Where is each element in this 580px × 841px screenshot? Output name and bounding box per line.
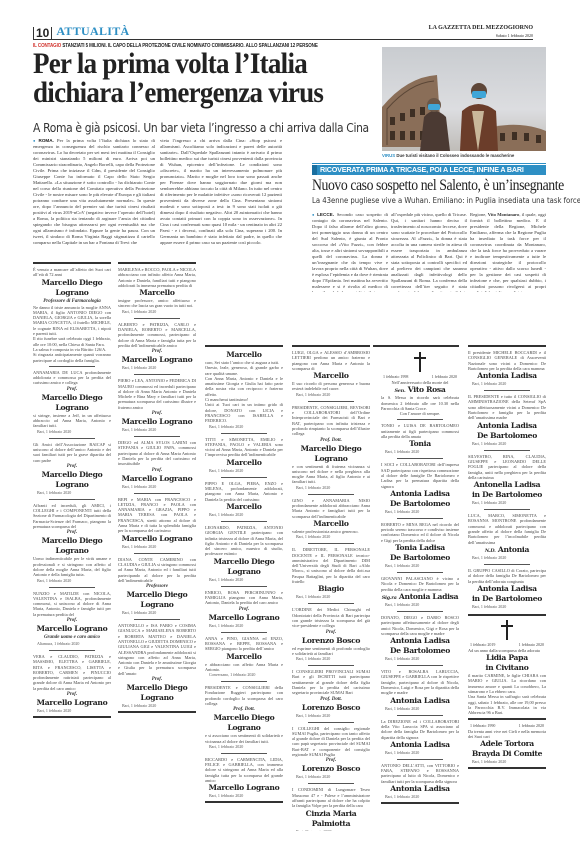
article-text: vieta l’ingresso a chi arriva dalla Cina… [160,138,282,245]
notice-date: Bari, 1 febbraio 2020 [468,555,546,561]
notice-text: il marito CARMINE, le figlie CHIARA con … [468,673,546,694]
notice-text: DIEGO ed ALMA SYLOS LABINI con STEFANIA … [118,440,196,466]
deceased-surname: Lograno [118,693,196,703]
obituary-notice: Affranti ed increduli, gli AMICI, i COLL… [33,503,111,584]
notice-text: Uniti ai Tuoi cari in un intimo grido di… [205,402,283,423]
notice-date: Bari, 1 febbraio 2020 [381,706,459,712]
deceased-title: Prof. Dott. [292,437,370,444]
headline-line-1: Per la prima volta l’Italia [33,49,344,78]
deceased-name: Marcello [118,288,196,298]
notice-date: Bari, 1 febbraio 2020 [118,484,196,490]
notice-text: IL GRUPPO CASILLO di Corato, partecipa a… [468,568,546,584]
notice-text: TONIO e LUISA DE BARTOLOMEO unitamente a… [381,423,459,439]
deceased-name: Marcello [292,371,370,381]
notice-date: Bari, 1 febbraio 2020 [118,610,196,616]
divider [397,458,444,459]
obituary-notice: LEONARDO, PATRIZIA, ANTONIO GIORGIA GENT… [205,525,283,583]
deceased-name: Tonia [381,439,459,449]
notice-text: I SOCI e COLLABORATORI dell’impresa SAD … [381,462,459,488]
deceased-name: Antonia Ladisa [468,421,546,431]
deceased-surname: in De Bartolomeo [468,594,546,604]
obituaries-col-6: Il presidente MICHELE BOCCARDI e il CONS… [468,345,546,831]
divider [134,553,181,554]
deceased-title: Prof. [292,629,370,636]
obituary-notice: L’ORDINE dei Medici Chirurghi ed Odontoi… [292,607,370,662]
notice-text: e con sentimenti di fraterna vicinanza s… [292,464,370,485]
photo-caption: VIRUS Due turisti visitano il Colosseo i… [382,153,514,158]
notice-text: ANTONIO DELL’ATTI, con VITTORIO e FARA, … [381,763,459,784]
deceased-name: Lorenzo Bosco [292,636,370,646]
notice-text: e abbracciano con affetto Anna Maria e A… [205,662,283,673]
deceased-name: Marcello [205,652,283,662]
notice-date: Bari, 1 febbraio 2020 [205,424,283,430]
deceased-surname: De Bartolomeo [468,431,546,441]
notice-date: Bari, 1 febbraio 2020 [381,750,459,756]
notice-text: Da trenta anni vive nei Cieli e nella me… [468,729,546,740]
divider [221,586,268,587]
obituaries-col-2: MARILENA e ROCCO, PAOLA e NICOLA abbracc… [118,262,196,831]
notice-date: Bari, 1 febbraio 2020 [205,793,283,799]
notice-date: Bari, 1 febbraio 2020 [118,703,196,709]
issue-date: Sabato 1 febbraio 2020 [429,32,533,39]
notice-text: DIANA CONTE CAMERINO con CLAUDIA e GIULI… [118,557,196,583]
second-story-subhead: La 43enne pugliese vive a Wuhan. Emilian… [312,196,580,205]
divider [484,509,531,510]
deceased-name: Marcello Lograno [205,613,283,623]
obituary-notice: SILVESTRO, RINA, CLAUDIA, GIUSEPPE e LEO… [468,454,546,506]
notice-text: Affranti ed increduli, gli AMICI, i COLL… [33,503,111,529]
obituary-notice: TONIO e LUISA DE BARTOLOMEO unitamente a… [381,423,459,455]
notice-date: Bari, 1 febbraio 2020 [292,392,370,398]
notice-date: Bari, 1 febbraio 2020 [292,774,370,780]
obituary-notice: IL PRESIDENTE e tutto il CONSIGLIO di AM… [468,394,546,446]
colosseum-photo [382,47,546,151]
notice-text: ANTONELLO e ISA FABIO e COSIMA GIANLUCA … [118,623,196,676]
deceased-name: Antonia Ladisa [381,636,459,646]
obituary-notice: Gli Amici dell’Associazione BAICAP si un… [33,442,111,496]
notice-date: Bari, 1 febbraio 2020 [118,365,196,371]
notice-text: TITTI e SIMONETTA, EMILIO e STEFANIA, PA… [205,437,283,458]
newspaper-name: LA GAZZETTA DEL MEZZOGIORNO [429,25,533,31]
divider [221,521,268,522]
notice-text: PRESIDENTE e CONSIGLIERI della Fondazion… [205,685,283,706]
notice-text: Ne danno il triste annuncio la moglie AN… [33,305,111,337]
photo-illustration [382,47,546,151]
main-subhead: A Roma è già psicosi. Un bar vieta l’ing… [33,120,369,135]
deceased-title: Prof. [292,757,370,764]
caption-tag: VIRUS [382,153,395,158]
notice-date: Altamura, 1 febbraio 2020 [33,641,111,647]
notice-date: Bari, 1 febbraio 2020 [381,563,459,569]
obituary-notice: DONATO, DIEGO e DARIO ROSCO partecipano … [381,615,459,662]
divider [134,436,181,437]
deceased-epithet: Grande uomo e caro amico [33,634,111,641]
deceased-name: Lorenzo Bosco [292,703,370,713]
deceased-surname: De Bartolomeo [381,499,459,509]
notice-date: Conversano, 1 febbraio 2020 [205,672,283,678]
notice-date: Bari, 1 febbraio 2020 [381,509,459,515]
notice-text: insigne professore, amico affettuoso e s… [118,298,196,309]
notice-text: ANNA e PINO, GIANNA ed ENZO, ROSSANA e B… [205,636,283,652]
cross-icon [501,620,513,640]
obituary-notice: LUIGI, OLGA e ALESSIO d’AMBROSIO LETTIER… [292,350,370,398]
obituary-notice: LUCA, MARCO, SIMONETTA e ROSANNA MONTRON… [468,513,546,561]
page-number: 10 [33,27,52,39]
article-text: , il quale, oggi fornirà il bollettino m… [470,212,546,292]
divider [221,681,268,682]
deceased-surname: in De Bartolomeo [468,490,546,500]
notice-date: Bari, 1 febbraio 2020 [292,713,370,719]
deceased-title: N.D. [485,548,496,554]
obituary-notice: ANNA e PINO, GIANNA ed ENZO, ROSSANA e B… [205,636,283,678]
obituaries-col-1: È venuto a mancare all’affetto dei Suoi … [33,262,111,831]
dateline: ROMA. [33,138,54,143]
notice-text: ROBERTO e MINA BEGA nel ricordo del peri… [381,522,459,543]
deceased-title: Prof. [33,691,111,698]
anniversary-notice: 1 febbraio 19901 febbraio 2020 Da trenta… [468,723,546,770]
deceased-name: Marcello Lograno [118,355,196,365]
notice-date: Bari, 1 febbraio 2020 [205,623,283,629]
notice-date: Bari, 1 febbraio 2020 [292,656,370,662]
notice-text: ANNAMARIA DE LUCA profondamente addolora… [33,370,111,386]
notice-text: RICCARDO e CARMENCITA, LIDIA, FELICE e G… [205,757,283,783]
divider [49,438,96,439]
deceased-name: Lidia Papa [468,653,546,663]
obituary-notice: I CONDOMINI di Lungomare Teseo Mussomo 4… [292,787,370,831]
notice-text: ALBERTO e PATRIZIA, CARLO e DANIELA, ROB… [118,322,196,348]
article-text: Secondo caso sospetto di contagio da cor… [312,212,388,292]
deceased-name: Marcello Lograno [118,534,196,544]
obituary-notice: I CONSIGLIERI PROVINCIALI SUMAI Bari e g… [292,669,370,718]
notice-text: BEPI e MARIA con FRANCESCO e LETIZIA, FR… [118,497,196,534]
deceased-title: Prof. [33,617,111,624]
notice-text: MARILENA e ROCCO, PAOLA e NICOLA abbracc… [118,267,196,288]
cross-notice-rule [373,345,453,347]
caption-text: Due turisti visitano il Colosseo indossa… [396,153,514,158]
divider [397,611,444,612]
notice-text: GINO e ANNAMARIA NISIO profondamente add… [292,498,370,519]
notice-date: Bari, 1 febbraio 2020 [205,577,283,583]
divider [221,632,268,633]
notice-date: Bari, 1 febbraio 2020 [468,441,546,447]
anniversary-notice: 1 febbraio 20191 febbraio 2020 Ad un ann… [468,620,546,720]
notice-date: Bari, 1 febbraio 2020 [33,708,111,714]
divider [49,366,96,367]
dateline: LECCE. [312,212,334,217]
notice-date: Bari, 1 febbraio 2020 [205,512,283,518]
deceased-name: Antonella Ladisa [468,480,546,490]
deceased-surname: in Civitano [468,663,546,673]
obituary-notice: GINO e ANNAMARIA NISIO profondamente add… [292,498,370,540]
notice-text: VITO e ROSALBA LARUCCIA, GIUSEPPE e GABR… [381,669,459,695]
divider [308,401,355,402]
notice-date: Bari, 1 febbraio 2020 [468,759,546,765]
deceased-name: Marcello Diego Lograno [292,444,370,464]
divider [221,433,268,434]
notice-text: si stringe, insieme a Jeff, in un affett… [33,413,111,429]
deceased-title: Prof. Dott. [205,706,283,713]
divider [221,477,268,478]
divider [397,572,444,573]
divider [308,494,355,495]
main-headline: Per la prima volta l’Italia dichiara l’e… [33,49,344,107]
notice-text: IL PRESIDENTE e tutto il CONSIGLIO di AM… [468,394,546,420]
obituary-notice: ANNAMARIA DE LUCA profondamente addolora… [33,370,111,435]
divider [484,390,531,391]
deceased-name: Tonia Ladisa [381,543,459,553]
notice-date: Bari, 1 febbraio 2020 [292,594,370,600]
obituary-notice: ANTONELLO e ISA FABIO e COSIMA GIANLUCA … [118,623,196,713]
deceased-title: Prof. Dott. [292,696,370,703]
notice-text: Si ringrazia anticipatamente quanti vorr… [33,352,111,363]
divider [484,564,531,565]
main-story-col-2: vieta l’ingresso a chi arriva dalla Cina… [160,138,282,256]
deceased-name: Antonia [498,545,529,554]
second-story-col-2: all’ospedale più vicino, quello di Trica… [391,212,467,292]
notice-text: Uomo indimenticabile per le virtù umane … [33,556,111,577]
notice-date: Bari, 1 febbraio 2020 [33,578,111,584]
date-end: 1 febbraio 2020 [519,642,544,648]
deceased-name: Marcello Diego [118,590,196,600]
notice-date: Bari, 1 febbraio 2020 [381,602,459,608]
deceased-title: Professore [118,583,196,590]
deceased-name: Marcello Diego Lograno [205,713,283,733]
deceased-name: Marcello Diego Lograno [33,278,111,298]
deceased-name: Marcello Diego Lograno [33,393,111,413]
notice-text: I CONSIGLIERI PROVINCIALI SUMAI Bari e g… [292,669,370,695]
obituary-notice: ANTONIO DELL’ATTI, con VITTORIO e FARA, … [381,763,459,804]
deceased-name: Marcello Diego Lograno [33,536,111,556]
notice-text: la S. Messa in ricordo sarà celebrata do… [381,395,459,411]
date-start: 1 febbraio 1990 [470,723,495,729]
notice-date: Bari, 1 febbraio 2020 [381,656,459,662]
divider [134,619,181,620]
notice-text: Il rito funebre sarà celebrato oggi 1 fe… [33,336,111,347]
obituary-notice: Il presidente MICHELE BOCCARDI e il CONS… [468,350,546,387]
notice-text: SILVESTRO, RINA, CLAUDIA, GIUSEPPE e LEO… [468,454,546,480]
divider [397,518,444,519]
notice-date: Bari, 31 gennaio 2020 [292,829,370,831]
page-header: 10 ATTUALITÀ LA GAZZETTA DEL MEZZOGIORNO… [33,24,533,40]
second-story-col-1: LECCE. Secondo caso sospetto di contagio… [312,212,388,292]
deceased-title: Professore di Farmacologia [33,298,111,305]
second-story-banner: RICOVERATA PRIMA A TRICASE, POI A LECCE,… [312,165,546,175]
notice-text: Onesto, leale, generoso, di grande garbo… [205,365,283,376]
obituary-notice: La DIREZIONE ed i COLLABORATORI della Vi… [381,719,459,756]
notice-text: Con l’amore di sempre. [381,411,459,416]
deceased-name: Marcello Diego [118,683,196,693]
deceased-name: Antonia Ladisa [381,784,459,794]
notice-text: I CONDOMINI di Lungomare Teseo Mussomo 4… [292,787,370,808]
obituary-notice: DIANA CONTE CAMERINO con CLAUDIA e GIULI… [118,557,196,616]
deceased-name: Antonia Ladisa [468,371,546,381]
divider [134,493,181,494]
anniversary-notice: 1 febbraio 19981 febbraio 2020 Nell’anni… [381,352,459,416]
notice-date: Bari, 1 febbraio 2020 [381,449,459,455]
notice-text: Il suo ricordo di persona generosa e buo… [292,381,370,392]
article-text: Per la prima volta l’Italia dichiara lo … [33,138,155,245]
section-title: ATTUALITÀ [56,24,129,39]
deceased-name: Marcello Diego Lograno [33,470,111,490]
deceased-surname: Lograno [118,600,196,610]
notice-text: NUNZIO e MATILDE con NICOLA, VALENTINA e… [33,591,111,617]
banner-rule [312,163,546,164]
notice-text: La DIREZIONE ed i COLLABORATORI della Vi… [381,719,459,740]
obituary-notice: TITTI e SIMONETTA, EMILIO e STEFANIA, PA… [205,437,283,474]
divider [134,318,181,319]
notice-date: Bari, 1 febbraio 2020 [205,744,283,750]
deceased-name: Marcello Lograno [205,783,283,793]
obituary-notice: PRESIDENTE e CONSIGLIERI della Fondazion… [205,685,283,750]
deceased-name: Marcello Lograno [118,474,196,484]
divider [308,665,355,666]
deceased-name: Marcello Lograno [118,417,196,427]
notice-text: PIPPO E OLGA, PIERA, ENZO e MILENA, prof… [205,481,283,502]
deceased-title: Prof. [118,467,196,474]
deceased-title: Prof. [118,410,196,417]
deceased-name: Marcello [205,458,283,468]
divider [397,665,444,666]
deceased-title: Prof. [118,348,196,355]
divider [308,783,355,784]
notice-text: Una Santa Messa in suffragio sarà celebr… [468,694,546,715]
obituary-notice: I COLLEGHI del consiglio regionale SUMAI… [292,726,370,781]
deceased-name: Marcello Lograno [33,698,111,708]
notice-text: Gli Amici dell’Associazione BAICAP si un… [33,442,111,463]
date-start: 1 febbraio 2019 [470,642,495,648]
obituary-notice: I SOCI e COLLABORATORI dell’impresa SAD … [381,462,459,514]
deceased-title: Prof. [33,463,111,470]
notice-text: IL DIRETTORE, IL PERSONALE DOCENTE e IL … [292,547,370,584]
deceased-name: Marcello Lograno [33,624,111,634]
obituaries-col-3: Marcello caro, Sei stato l’amico che si … [205,345,283,831]
notice-text: LUIGI, OLGA e ALESSIO d’AMBROSIO LETTIER… [292,350,370,371]
deceased-name: Vito Rosa [408,385,446,394]
notice-text: PRESIDENTE, CONSIGLIERI, REVISORI e COLL… [292,405,370,437]
notice-text: ENRICO, ROSA PERCHINUNNO e FAMIGLIA pian… [205,590,283,606]
notice-text: DONATO, DIEGO e DARIO ROSCO partecipano … [381,615,459,636]
obituaries-col-4: LUIGI, OLGA e ALESSIO d’AMBROSIO LETTIER… [292,345,370,831]
divider [134,374,181,375]
deceased-surname: De Bartolomeo [381,553,459,563]
main-story-col-1: ROMA. Per la prima volta l’Italia dichia… [33,138,155,256]
notice-date: Bari, 1 febbraio 2020 [468,604,546,610]
deceased-name: Marcello [292,519,370,529]
person-name: Vito Montanaro [488,212,520,217]
notice-text: Con Anna Maria, Antonio e Daniela e le a… [205,376,283,397]
article-text: Regione, [470,212,488,217]
deceased-name: Biagio [292,584,370,594]
deceased-name: Cinzia Maria Palmiotta [292,809,370,829]
deceased-name: Marcello [205,350,283,360]
deceased-title: Sig.ra [382,595,397,601]
notice-text: ed esprime sentimenti di profondo cordog… [292,646,370,657]
obituary-notice: PIERO e LEA, ANTONIO e FEDERICA DI MAURO… [118,378,196,433]
notice-date: Bari, 1 febbraio 2020 [118,427,196,433]
cross-icon [414,352,426,372]
divider [397,759,444,760]
obituary-notice: ALBERTO e PATRIZIA, CARLO e DANIELA, ROB… [118,322,196,371]
obituary-notice: IL GRUPPO CASILLO di Corato, partecipa a… [468,568,546,616]
notice-text: e si associano con sentimenti di solidar… [205,733,283,744]
notice-text: L’ORDINE dei Medici Chirurghi ed Odontoi… [292,607,370,628]
notice-date: Bari, 1 febbraio 2020 [468,381,546,387]
deceased-name: Antonia Ladisa [381,489,459,499]
notice-date: Bari, 1 febbraio 2020 [118,309,196,315]
obituary-notice: GIOVANNI PALASCIANO è vicino a Nicola e … [381,576,459,608]
notice-date: Bari, 1 febbraio 2020 [381,794,459,800]
obituary-notice: VERA e CLAUDIO, PATRIZIA e MASSIMO, ELET… [33,654,111,718]
notice-date: Bari, 1 febbraio 2020 [205,468,283,474]
obituary-notice: NUNZIO e MATILDE con NICOLA, VALENTINA e… [33,591,111,647]
notice-date: Bari, 1 febbraio 2020 [292,485,370,491]
obituary-notice: MARILENA e ROCCO, PAOLA e NICOLA abbracc… [118,267,196,315]
obituary-notice: PIPPO E OLGA, PIERA, ENZO e MILENA, prof… [205,481,283,518]
deceased-name: Adele Tortora [468,739,546,749]
notice-text: LUCA, MARCO, SIMONETTA e ROSANNA MONTRON… [468,513,546,545]
notice-date: Bari, 1 febbraio 2020 [468,500,546,506]
notice-text: LEONARDO, PATRIZIA, ANTONIO GIORGIA GENT… [205,525,283,557]
divider [49,587,96,588]
notice-text: I COLLEGHI del consiglio regionale SUMAI… [292,726,370,758]
deceased-title: Prof. [205,606,283,613]
deceased-name: Antonia Ladisa [381,740,459,750]
obituary-notice: BEPI e MARIA con FRANCESCO e LETIZIA, FR… [118,497,196,550]
article-text: all’ospedale più vicino, quello di Trica… [391,212,467,292]
divider [397,419,444,420]
deceased-name: Marcello Diego Lograno [205,557,283,577]
notice-date: Bari, 1 febbraio 2020 [33,490,111,496]
divider [308,722,355,723]
obituaries-col-5: 1 febbraio 19981 febbraio 2020 Nell’anni… [381,345,459,831]
obituary-notice: È venuto a mancare all’affetto dei Suoi … [33,267,111,363]
deceased-name: Lorenzo Bosco [292,764,370,774]
second-story-headline: Nuovo caso sospetto nel Salento, è un’in… [312,177,564,195]
deceased-title: Sen. [394,388,405,394]
obituary-notice: RICCARDO e CARMENCITA, LIDIA, FELICE e G… [205,757,283,803]
notice-text: GIOVANNI PALASCIANO è vicino a Nicola e … [381,576,459,592]
deceased-surname: De Bartolomeo [381,646,459,656]
divider [308,603,355,604]
deceased-title: Prof. [33,529,111,536]
divider [397,715,444,716]
notice-text: È venuto a mancare all’affetto dei Suoi … [33,267,111,278]
divider [308,543,355,544]
divider [221,753,268,754]
obituary-notice: DIEGO ed ALMA SYLOS LABINI con STEFANIA … [118,440,196,489]
deceased-title: Prof. [118,676,196,683]
deceased-name: Marcello [205,502,283,512]
notice-text: Il presidente MICHELE BOCCARDI e il CONS… [468,350,546,371]
obituary-notice: ENRICO, ROSA PERCHINUNNO e FAMIGLIA pian… [205,590,283,629]
deceased-name: Antonia Ladisa [381,696,459,706]
notice-text: VERA e CLAUDIO, PATRIZIA e MASSIMO, ELET… [33,654,111,691]
divider [484,450,531,451]
notice-date: Bari, 1 febbraio 2020 [118,544,196,550]
newspaper-masthead: LA GAZZETTA DEL MEZZOGIORNO Sabato 1 feb… [429,25,533,39]
second-story-col-3: Regione, Vito Montanaro, il quale, oggi … [470,212,546,292]
deceased-name: Antonia Ladisa [399,592,458,601]
deceased-name: Antonia Ladisa [468,584,546,594]
deceased-surname: Brayda Di Comite [468,749,546,759]
obituary-notice: Marcello caro, Sei stato l’amico che si … [205,350,283,430]
divider [49,650,96,651]
notice-date: Bari, 1 febbraio 2020 [292,534,370,540]
obituary-notice: ROBERTO e MINA BEGA nel ricordo del peri… [381,522,459,569]
divider [49,499,96,500]
obituary-notice: PRESIDENTE, CONSIGLIERI, REVISORI e COLL… [292,405,370,491]
date-end: 1 febbraio 2020 [519,723,544,729]
